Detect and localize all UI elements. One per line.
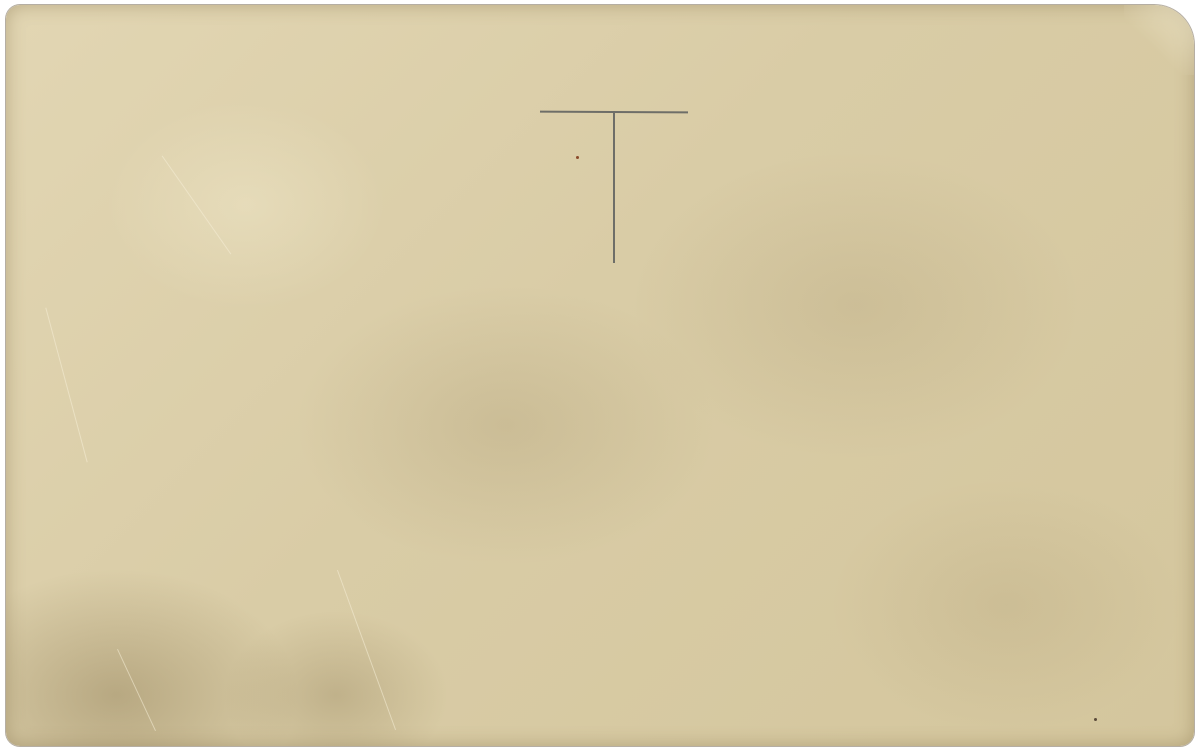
paper-crease: [337, 570, 396, 730]
paper-crease: [162, 156, 232, 255]
aged-paper-card: [6, 5, 1194, 746]
paper-crease: [45, 308, 87, 463]
rust-speck: [1094, 718, 1097, 721]
rust-speck: [576, 156, 579, 159]
paper-crease: [117, 649, 156, 731]
t-stem: [613, 113, 615, 263]
worn-corner: [1124, 5, 1194, 75]
